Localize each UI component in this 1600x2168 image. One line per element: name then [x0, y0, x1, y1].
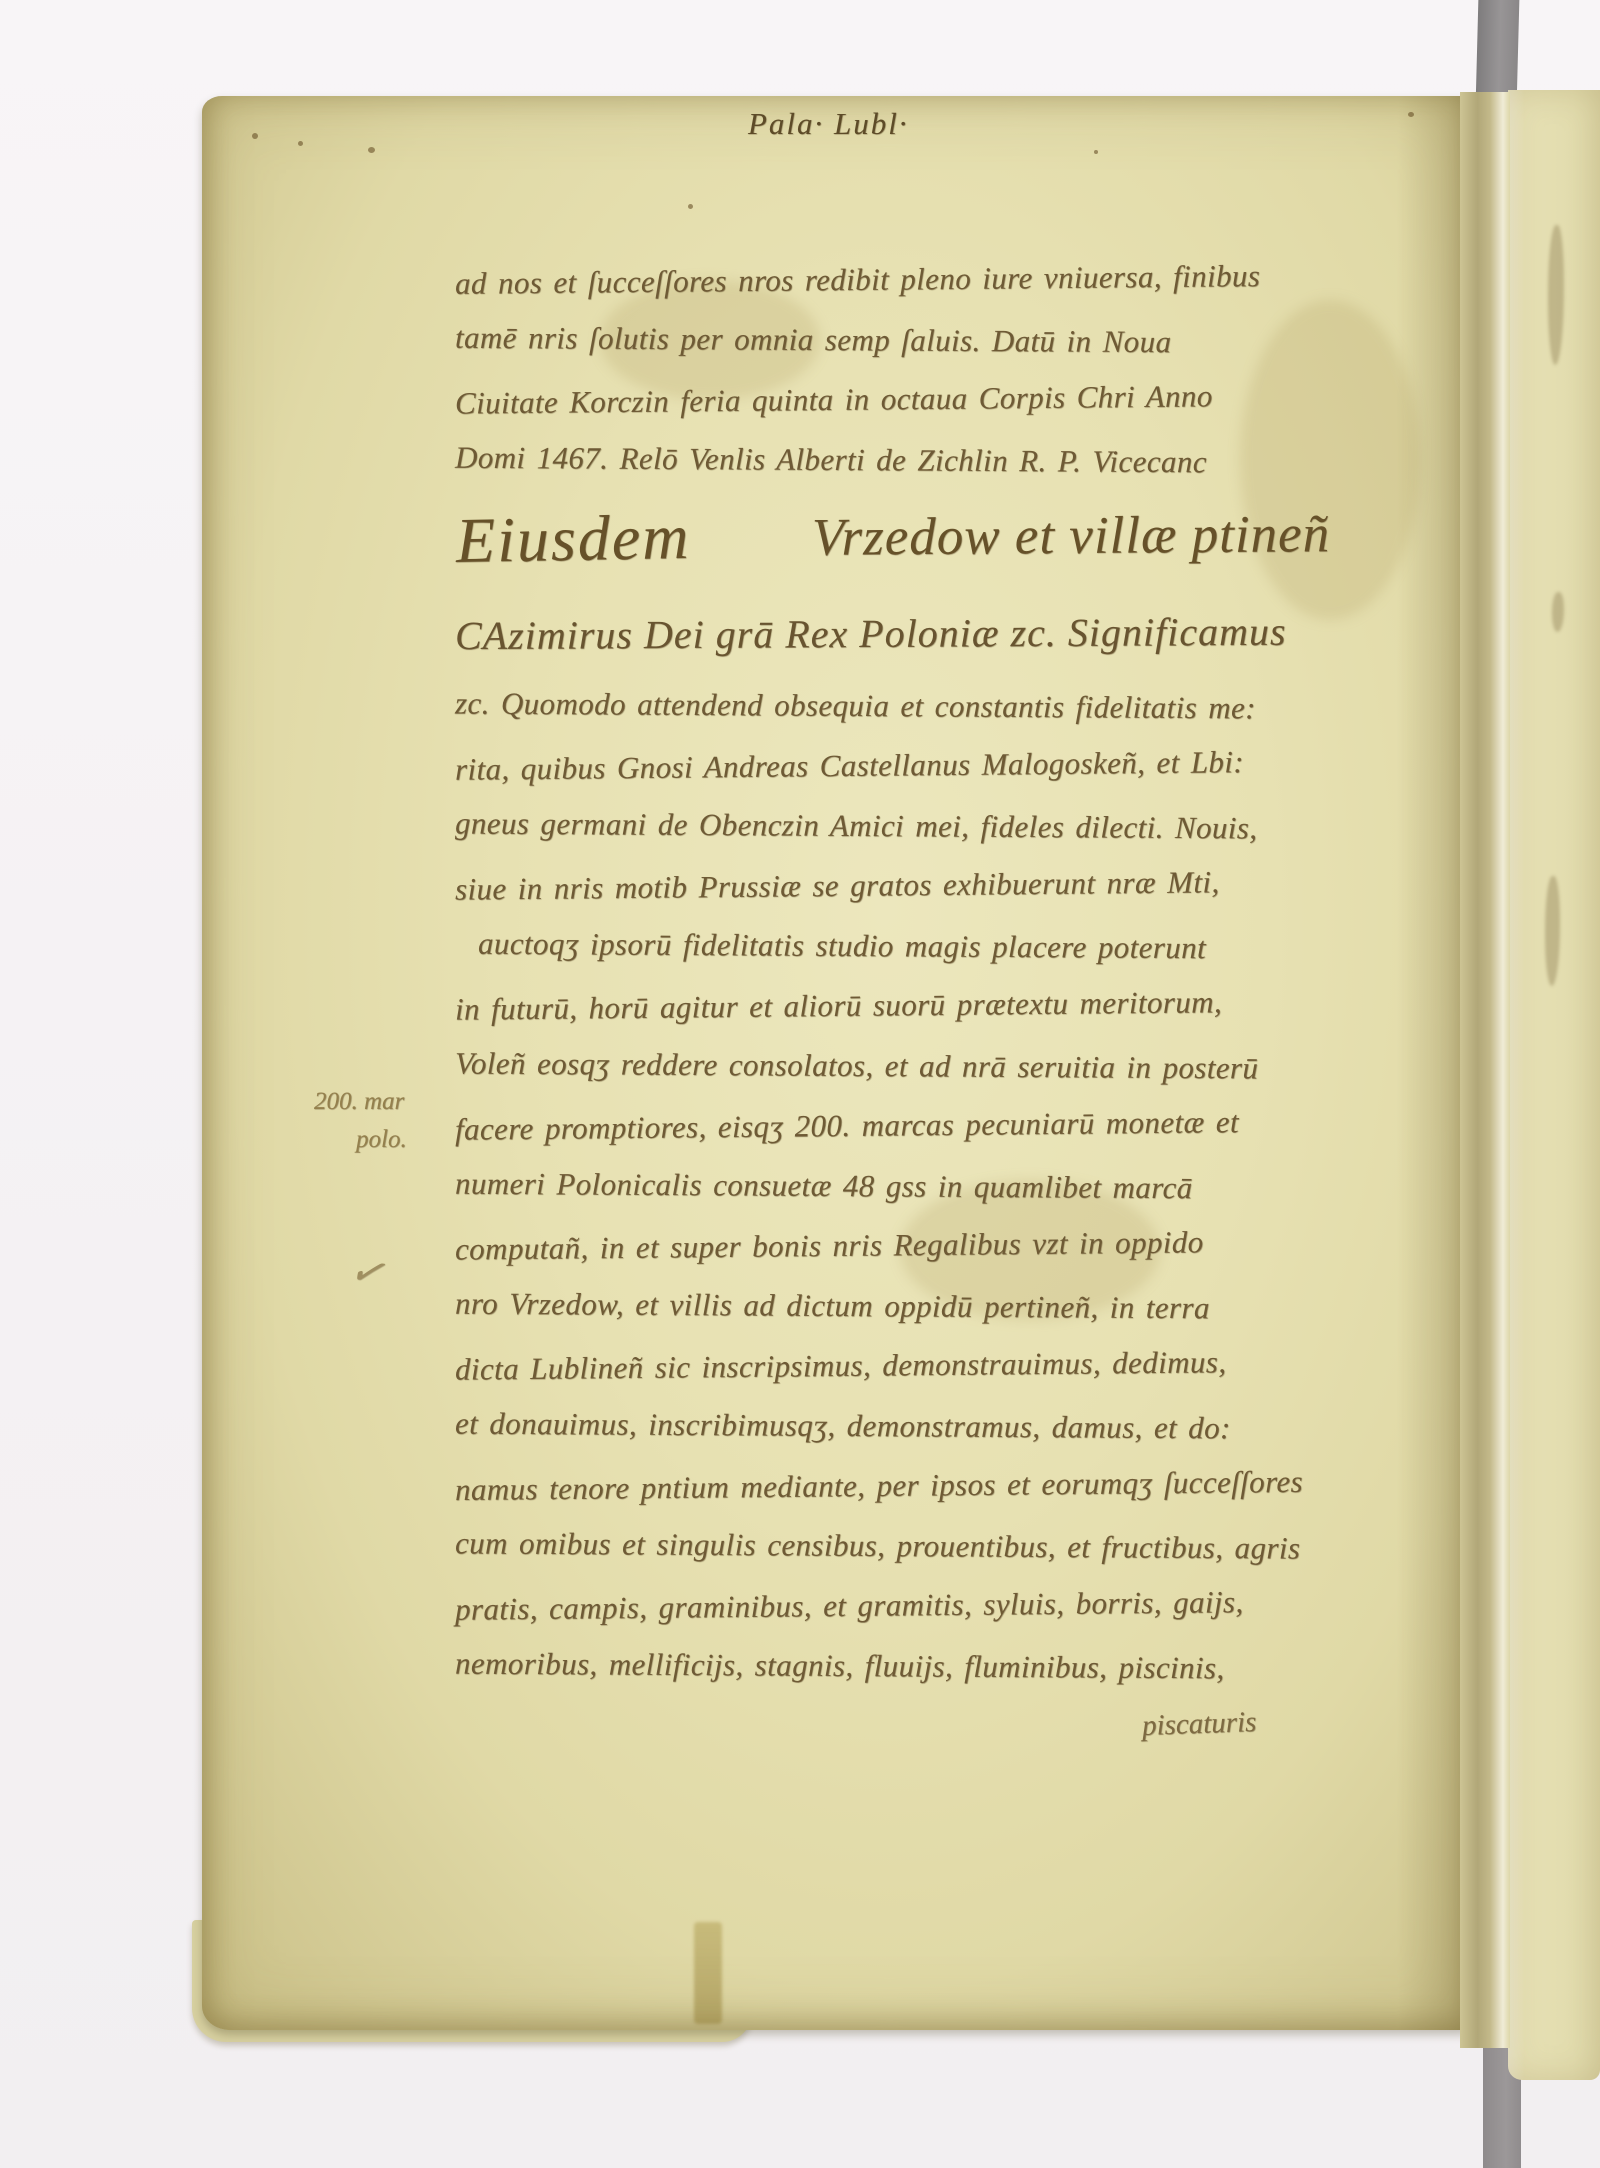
foxing-spot	[688, 204, 693, 209]
binding-gutter	[1460, 92, 1510, 2048]
paper-blotch	[1240, 300, 1420, 620]
body-line: dicta Lublineñ sic inscripsimus, demonst…	[455, 1344, 1227, 1387]
body-line: Voleñ eosqʒ reddere consolatos, et ad nr…	[455, 1046, 1259, 1087]
section-heading-eiusdem: Eiusdem	[455, 500, 691, 578]
book-strap-top	[1476, 0, 1520, 104]
margin-note-amount-line2: polo.	[356, 1126, 407, 1154]
manuscript-scan: Pala· Lubl· ad nos et ſucceſſores nros r…	[0, 0, 1600, 2168]
shelfmark-label: Pala· Lubl·	[748, 106, 909, 142]
body-line: pratis, campis, graminibus, et gramitis,…	[455, 1584, 1244, 1628]
body-line: gneus germani de Obenczin Amici mei, fid…	[455, 806, 1258, 847]
margin-note-amount-line1: 200. mar	[314, 1088, 404, 1116]
intro-line: Ciuitate Korczin feria quinta in octaua …	[455, 378, 1213, 421]
foxing-spot	[1408, 112, 1414, 117]
body-line: numeri Polonicalis consuetæ 48 gss in qu…	[455, 1166, 1193, 1207]
intro-line: tamē nris ſolutis per omnia semp ſaluis.…	[455, 320, 1172, 360]
body-line: nro Vrzedow, et villis ad dictum oppidū …	[455, 1286, 1210, 1327]
section-heading-vrzedow: Vrzedow et villæ ptineñ	[812, 504, 1331, 568]
body-line: computañ, in et super bonis nris Regalib…	[455, 1224, 1204, 1267]
body-line: nemoribus, mellificijs, stagnis, fluuijs…	[455, 1646, 1225, 1687]
facing-page-sliver	[1508, 90, 1600, 2080]
body-line: in futurū, horū agitur et aliorū suorū p…	[455, 984, 1222, 1027]
body-line: rita, quibus Gnosi Andreas Castellanus M…	[455, 744, 1244, 788]
intro-line: Domi 1467. Relō Venlis Alberti de Zichli…	[455, 440, 1207, 481]
body-line: zc. Quomodo attendend obsequia et consta…	[455, 686, 1256, 727]
body-line: facere promptiores, eisqʒ 200. marcas pe…	[455, 1104, 1239, 1148]
foxing-spot	[1094, 150, 1098, 154]
page-stain-strip	[694, 1922, 722, 2024]
royal-intitulatio-line: CAzimirus Dei grā Rex Poloniæ zc. Signif…	[455, 608, 1287, 659]
catchword: piscaturis	[1141, 1706, 1256, 1743]
body-line: cum omibus et singulis censibus, prouent…	[455, 1525, 1301, 1566]
body-line: siue in nris motib Prussiæ se gratos exh…	[455, 864, 1220, 907]
foxing-spot	[368, 147, 375, 153]
body-line: auctoqʒ ipsorū fidelitatis studio magis …	[478, 926, 1206, 966]
foxing-spot	[298, 141, 303, 146]
foxing-spot	[252, 133, 258, 139]
body-line: et donauimus, inscribimusqʒ, demonstramu…	[455, 1406, 1231, 1447]
